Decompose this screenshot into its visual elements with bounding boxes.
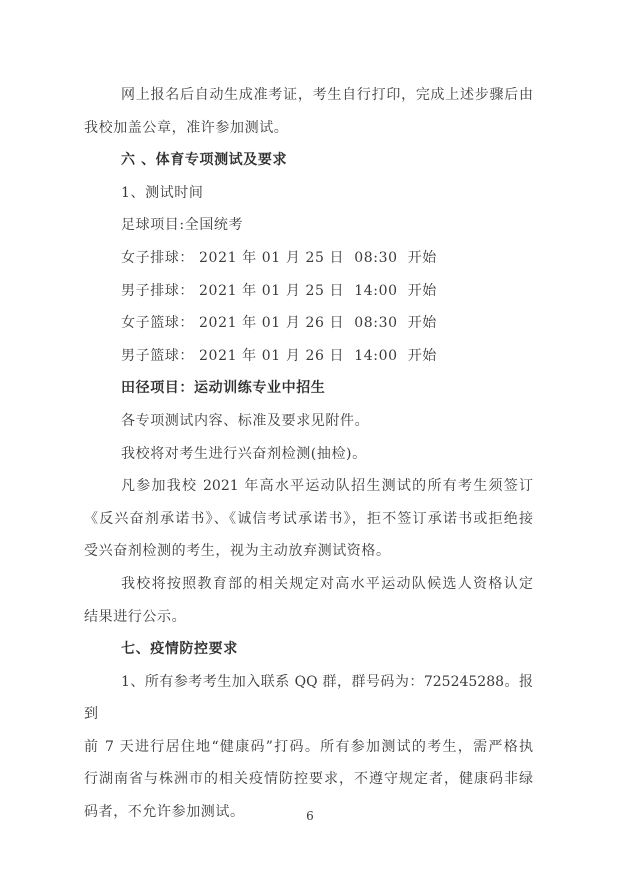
document-page: 网上报名后自动生成准考证，考生自行打印，完成上述步骤后由我校加盖公章，准许参加测…: [0, 0, 620, 877]
page-number: 6: [0, 809, 620, 823]
paragraph-line: 1、所有参考考生加入联系 QQ 群，群号码为：725245288。报到: [84, 666, 533, 731]
paragraph-line: 我校将按照教育部的相关规定对高水平运动队候选人资格认定: [84, 568, 533, 601]
paragraph-line: 行湖南省与株洲市的相关疫情防控要求，不遵守规定者，健康码非绿: [84, 763, 533, 796]
document-body: 网上报名后自动生成准考证，考生自行打印，完成上述步骤后由我校加盖公章，准许参加测…: [84, 79, 533, 829]
paragraph-line: 结果进行公示。: [84, 601, 533, 634]
paragraph-line: 凡参加我校 2021 年高水平运动队招生测试的所有考生须签订: [84, 470, 533, 503]
paragraph-line: 女子篮球： 2021 年 01 月 26 日 08:30 开始: [84, 307, 533, 340]
section-heading: 六 、体育专项测试及要求: [84, 144, 533, 177]
paragraph-line: 网上报名后自动生成准考证，考生自行打印，完成上述步骤后由: [84, 79, 533, 112]
paragraph-line: 男子排球： 2021 年 01 月 25 日 14:00 开始: [84, 275, 533, 308]
paragraph-line: 《反兴奋剂承诺书》、《诚信考试承诺书》，拒不签订承诺书或拒绝接: [84, 503, 533, 536]
paragraph-line: 男子篮球： 2021 年 01 月 26 日 14:00 开始: [84, 340, 533, 373]
paragraph-line: 我校加盖公章，准许参加测试。: [84, 112, 533, 145]
paragraph-line: 女子排球： 2021 年 01 月 25 日 08:30 开始: [84, 242, 533, 275]
paragraph-line: 1、测试时间: [84, 177, 533, 210]
section-heading: 田径项目：运动训练专业中招生: [84, 372, 533, 405]
paragraph-line: 前 7 天进行居住地“健康码”打码。所有参加测试的考生，需严格执: [84, 731, 533, 764]
paragraph-line: 我校将对考生进行兴奋剂检测(抽检)。: [84, 438, 533, 471]
paragraph-line: 足球项目:全国统考: [84, 209, 533, 242]
paragraph-line: 受兴奋剂检测的考生，视为主动放弃测试资格。: [84, 535, 533, 568]
paragraph-line: 各专项测试内容、标准及要求见附件。: [84, 405, 533, 438]
section-heading: 七、疫情防控要求: [84, 633, 533, 666]
